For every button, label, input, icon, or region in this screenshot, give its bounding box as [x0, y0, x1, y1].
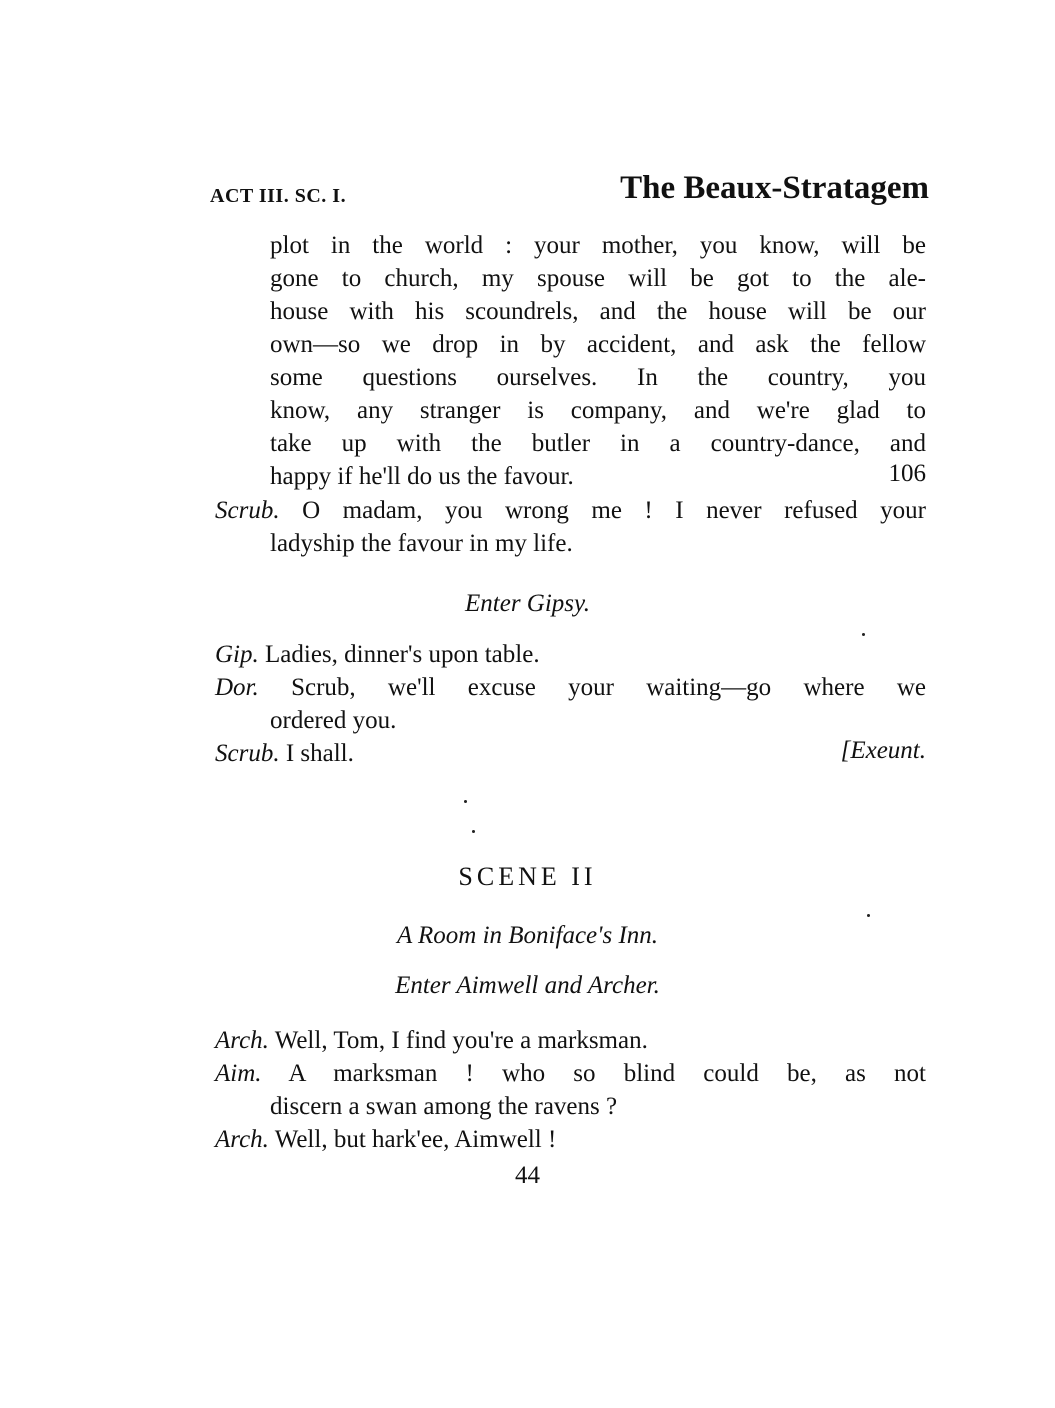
text-line: ladyship the favour in my life.: [270, 527, 926, 560]
speaker-label: Gip.: [215, 641, 259, 668]
speech-text: Well, Tom, I find you're a marksman.: [275, 1027, 648, 1054]
text-line: house with his scoundrels, and the house…: [270, 295, 926, 328]
speech-aim: Aim. A marksman ! who so blind could be,…: [215, 1057, 926, 1090]
speech-dor: Dor. Scrub, we'll excuse your waiting—go…: [215, 671, 926, 704]
speech-text: I shall.: [286, 740, 354, 767]
speaker-label: Dor.: [215, 674, 259, 701]
exit-direction: [Exeunt.: [841, 737, 926, 765]
speech-gip: Gip. Ladies, dinner's upon table.: [215, 638, 926, 671]
text-line: know, any stranger is company, and we're…: [270, 394, 926, 427]
speaker-label: Aim.: [215, 1060, 262, 1087]
scene-setting: A Room in Boniface's Inn.: [0, 922, 1055, 950]
speaker-label: Arch.: [215, 1027, 269, 1054]
stage-direction: Enter Gipsy.: [0, 590, 1055, 618]
print-speck: [464, 800, 467, 803]
text-line: plot in the world : your mother, you kno…: [270, 229, 926, 262]
speech-scrub: Scrub. I shall.: [215, 737, 926, 770]
print-speck: [867, 914, 870, 917]
text-line: gone to church, my spouse will be got to…: [270, 262, 926, 295]
speech-text: Well, but hark'ee, Aimwell !: [275, 1126, 557, 1153]
scene-heading: SCENE II: [0, 862, 1055, 892]
line-number: 106: [889, 460, 927, 488]
speech-text: A marksman ! who so blind could be, as n…: [288, 1060, 926, 1087]
speech-arch: Arch. Well, Tom, I find you're a marksma…: [215, 1024, 926, 1057]
running-head-title: The Beaux-Stratagem: [620, 170, 929, 207]
print-speck: [472, 830, 475, 833]
text-line: discern a swan among the ravens ?: [270, 1090, 926, 1123]
speech-text: Ladies, dinner's upon table.: [265, 641, 540, 668]
stage-direction: Enter Aimwell and Archer.: [0, 972, 1055, 1000]
text-line: some questions ourselves. In the country…: [270, 361, 926, 394]
speaker-label: Arch.: [215, 1126, 269, 1153]
speech-arch: Arch. Well, but hark'ee, Aimwell !: [215, 1123, 926, 1156]
book-page: ACT III. SC. I. The Beaux-Stratagem plot…: [0, 0, 1055, 1408]
text-line: take up with the butler in a country-dan…: [270, 427, 926, 460]
speech-text: Scrub, we'll excuse your waiting—go wher…: [291, 674, 926, 701]
text-line: own—so we drop in by accident, and ask t…: [270, 328, 926, 361]
page-number: 44: [0, 1162, 1055, 1190]
speaker-label: Scrub.: [215, 740, 280, 767]
text-line: ordered you.: [270, 704, 926, 737]
speech-text: O madam, you wrong me ! I never refused …: [302, 497, 926, 524]
text-line: happy if he'll do us the favour.: [270, 460, 926, 493]
print-speck: [862, 633, 865, 636]
running-head-act-scene: ACT III. SC. I.: [210, 185, 346, 208]
speaker-label: Scrub.: [215, 497, 280, 524]
speech-scrub: Scrub. O madam, you wrong me ! I never r…: [215, 494, 926, 527]
